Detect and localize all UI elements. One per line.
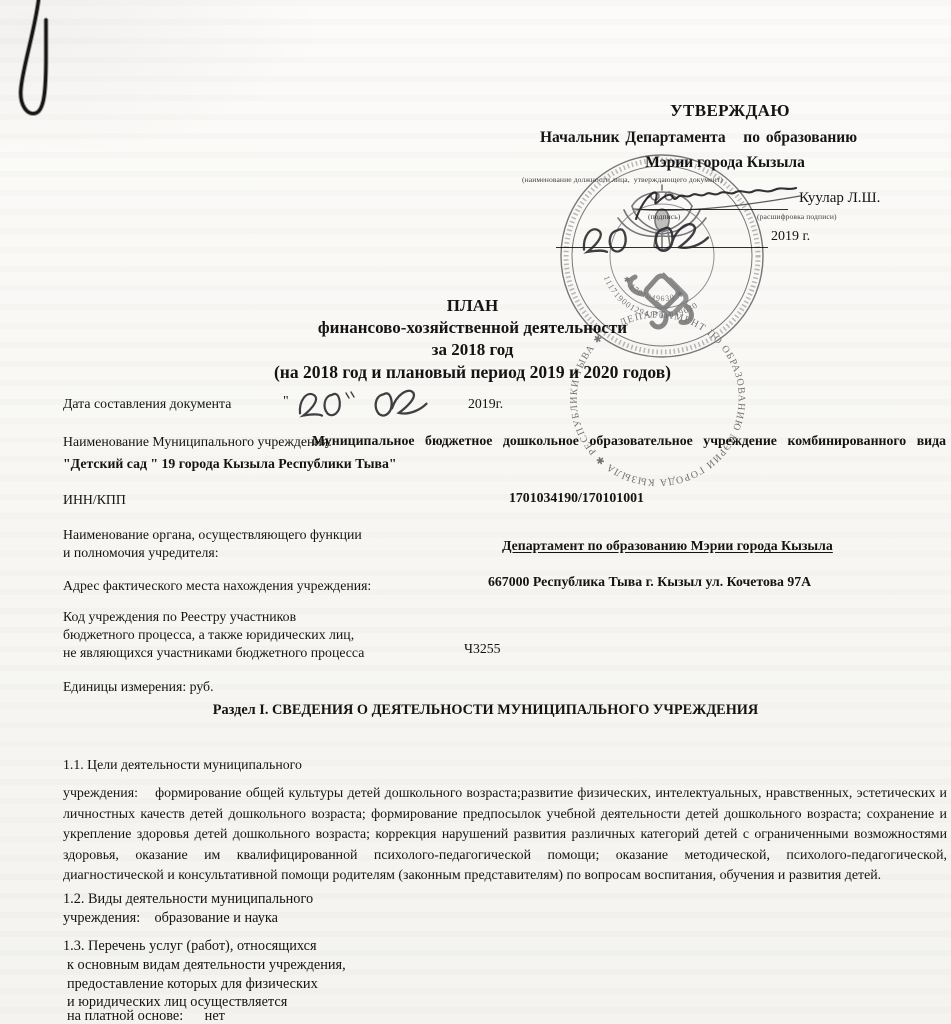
- institution-name-value-line2: "Детский сад " 19 города Кызыла Республи…: [63, 456, 397, 472]
- code-label-line3: не являющихся участниками бюджетного про…: [63, 645, 364, 661]
- address-value: 667000 Республика Тыва г. Кызыл ул. Коче…: [488, 574, 811, 590]
- approve-word: УТВЕРЖДАЮ: [520, 101, 940, 121]
- institution-name-label: Наименование Муниципального учреждения:: [63, 434, 332, 450]
- inn-label: ИНН/КПП: [63, 492, 126, 508]
- code-label-line2: бюджетного процесса, а также юридических…: [63, 627, 354, 643]
- handwritten-date-approval: [574, 218, 724, 262]
- scanned-document-page: УТВЕРЖДАЮ Начальник Департамента по обра…: [0, 0, 951, 1024]
- inn-value: 1701034190/170101001: [509, 490, 644, 506]
- founder-label-line2: и полномочия учредителя:: [63, 545, 219, 561]
- p12-label: 1.2. Виды деятельности муниципального: [63, 891, 313, 907]
- p12-text: учреждения: образование и наука: [63, 910, 278, 926]
- founder-value: Департамент по образованию Мэрии города …: [502, 538, 833, 554]
- code-value: Ч3255: [464, 641, 501, 657]
- stamp-outer-text: ДЕПАРТАМЕНТ ПО ОБРАЗОВАНИЮ МЭРИИ ГОРОДА …: [569, 309, 747, 487]
- founder-label-line1: Наименование органа, осуществляющего фун…: [63, 527, 362, 543]
- p13-line-2: к основным видам деятельности учреждения…: [67, 957, 346, 973]
- p13-line-1: 1.3. Перечень услуг (работ), относящихся: [63, 938, 317, 954]
- address-label: Адрес фактического места нахождения учре…: [63, 578, 371, 594]
- section1-header: Раздел I. СВЕДЕНИЯ О ДЕЯТЕЛЬНОСТИ МУНИЦИ…: [63, 702, 908, 718]
- svg-text:ДЕПАРТАМЕНТ ПО ОБРАЗОВАНИЮ МЭР: ДЕПАРТАМЕНТ ПО ОБРАЗОВАНИЮ МЭРИИ ГОРОДА …: [569, 309, 747, 487]
- code-label-line1: Код учреждения по Реестру участников: [63, 609, 296, 625]
- units-label: Единицы измерения: руб.: [63, 679, 214, 695]
- p11-label: 1.1. Цели деятельности муниципального: [63, 757, 302, 773]
- paperclip-icon: [0, 0, 64, 130]
- p11-text: учреждения: формирование общей культуры …: [63, 784, 947, 887]
- approver-title-line1: Начальник Департамента по образованию: [540, 129, 857, 147]
- p13-line-3: предоставление которых для физических: [67, 976, 318, 992]
- date-open-quote: ": [283, 393, 289, 409]
- date-year: 2019г.: [468, 396, 503, 412]
- year-label: 2019 г.: [771, 229, 810, 245]
- date-label: Дата составления документа: [63, 396, 231, 412]
- handwritten-date-row: [294, 383, 454, 423]
- p13-line-5: на платной основе: нет: [67, 1008, 225, 1024]
- institution-name-value-line1: Муниципальное бюджетное дошкольное образ…: [312, 433, 946, 449]
